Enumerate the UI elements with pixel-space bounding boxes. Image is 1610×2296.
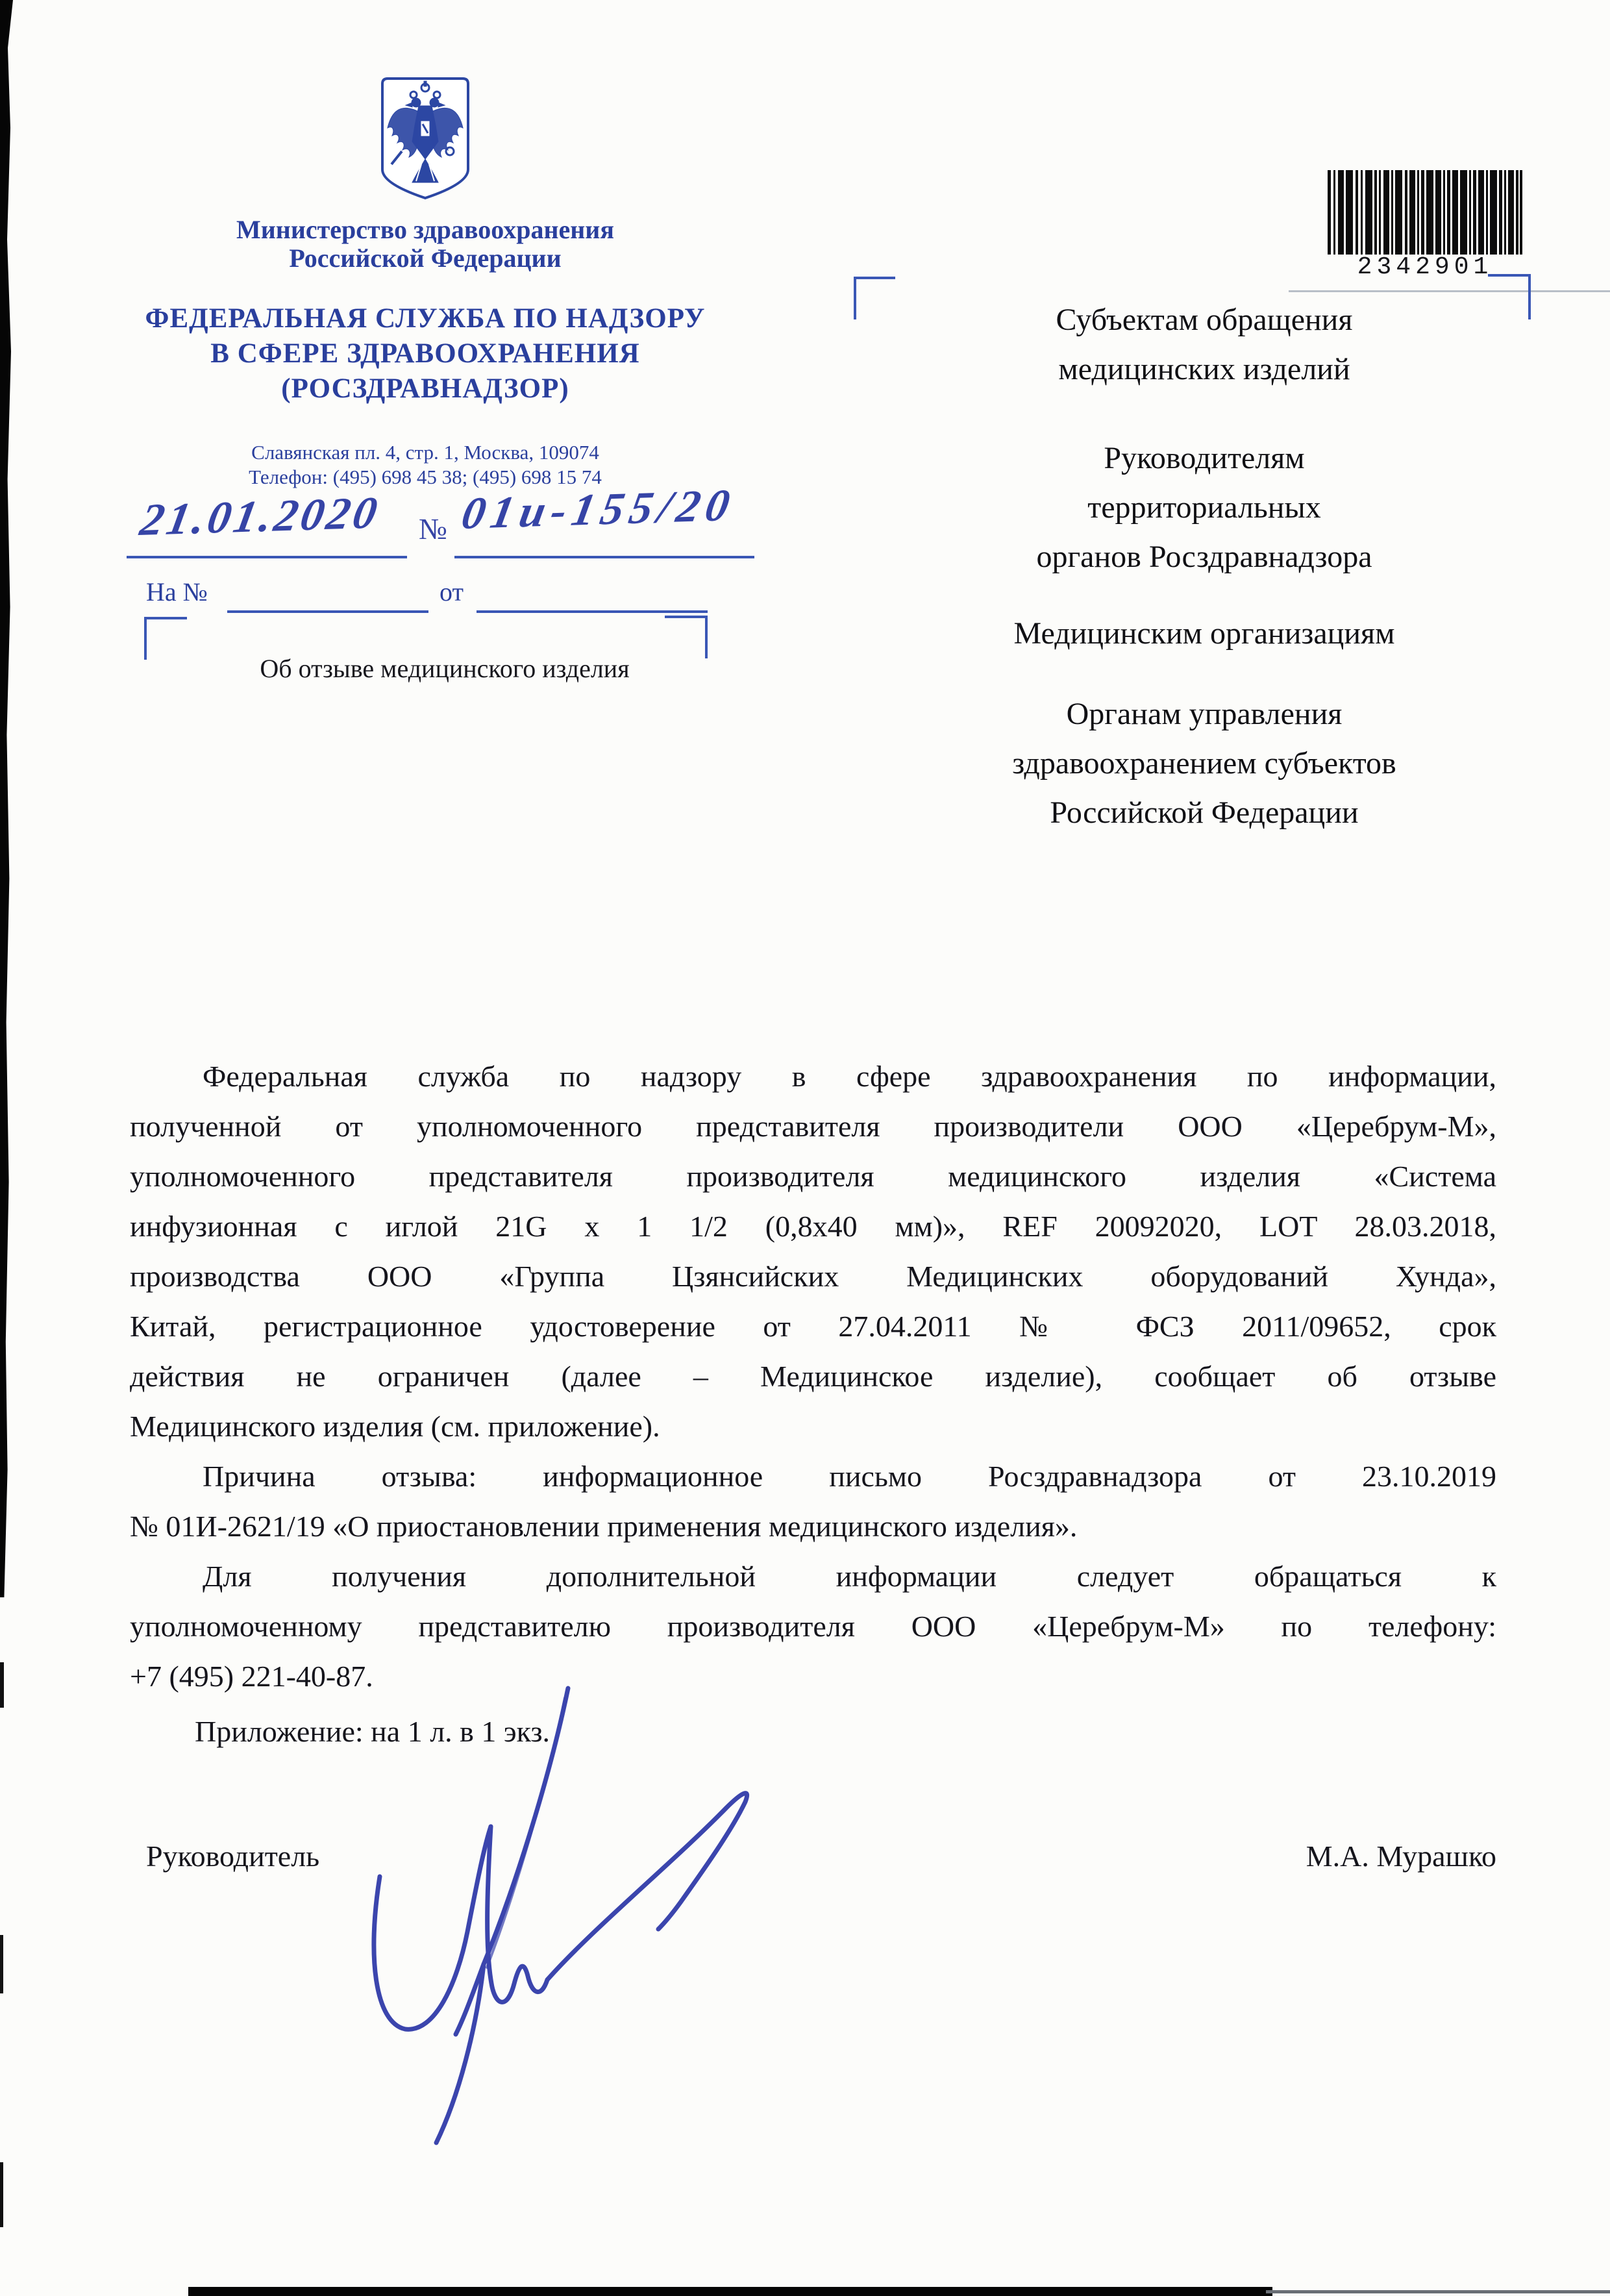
signer-name: М.А. Мурашко (1306, 1839, 1496, 1873)
reply-number-underline (227, 610, 428, 613)
coat-of-arms-emblem (373, 73, 477, 203)
body-line: инфузионная с иглой 21G х 1 1/2 (0,8х40 … (130, 1207, 1496, 1246)
reply-date-underline (477, 610, 708, 613)
addressee-line: медицинских изделий (880, 345, 1529, 394)
addressee-group-2: Руководителям территориальных органов Ро… (880, 434, 1529, 582)
body-line: Медицинского изделия (см. приложение). (130, 1407, 1496, 1446)
ministry-line2: Российской Федерации (104, 244, 747, 273)
handwritten-number: 01и-155/20 (458, 480, 739, 540)
scanned-letter-page: { "colors": { "letterhead_blue": "#2a3f9… (0, 0, 1610, 2296)
addressee-line: Медицинским организациям (880, 609, 1529, 658)
scan-edge-artifact-bottom-gray (1266, 2290, 1610, 2293)
body-line: Причина отзыва: информационное письмо Ро… (130, 1457, 1496, 1496)
addressee-line: органов Росздравнадзора (880, 532, 1529, 582)
addressee-line: Российской Федерации (880, 788, 1529, 838)
addressee-group-4: Органам управления здравоохранением субъ… (880, 690, 1529, 838)
body-line: Китай, регистрационное удостоверение от … (130, 1307, 1496, 1346)
handwritten-date: 21.01.2020 (136, 488, 384, 547)
letterhead-address: Славянская пл. 4, стр. 1, Москва, 109074 (104, 440, 747, 465)
scan-edge-artifact-left (0, 0, 13, 1597)
number-underline (454, 556, 754, 558)
agency-line2: В СФЕРЕ ЗДРАВООХРАНЕНИЯ (104, 336, 747, 371)
addressee-block: Субъектам обращения медицинских изделий … (880, 0, 1529, 909)
ministry-line1: Министерство здравоохранения (104, 216, 747, 244)
from-label: от (440, 577, 464, 607)
body-line: уполномоченного представителя производит… (130, 1157, 1496, 1196)
body-line: уполномоченному представителю производит… (130, 1607, 1496, 1646)
handwritten-signature (338, 1678, 766, 2152)
addressee-line: Субъектам обращения (880, 295, 1529, 345)
addressee-group-3: Медицинским организациям (880, 609, 1529, 658)
agency-line3: (РОСЗДРАВНАДЗОР) (104, 371, 747, 406)
scan-edge-artifact-bottom (188, 2287, 1272, 2296)
addressee-line: Руководителям (880, 434, 1529, 483)
date-underline (127, 556, 407, 558)
addressee-line: Органам управления (880, 690, 1529, 739)
scan-edge-mark (0, 1662, 4, 1708)
body-line: производства ООО «Группа Цзянсийских Мед… (130, 1257, 1496, 1296)
letterhead: Министерство здравоохранения Российской … (104, 216, 747, 490)
body-line: полученной от уполномоченного представит… (130, 1107, 1496, 1146)
addressee-group-1: Субъектам обращения медицинских изделий (880, 295, 1529, 394)
corner-bracket-icon (665, 616, 708, 658)
scan-edge-mark (0, 2162, 3, 2227)
body-line: № 01И-2621/19 «О приостановлении примене… (130, 1507, 1496, 1546)
subject-line: Об отзыве медицинского изделия (224, 653, 665, 684)
addressee-line: территориальных (880, 483, 1529, 532)
corner-bracket-icon (144, 617, 187, 660)
addressee-line: здравоохранением субъектов (880, 739, 1529, 788)
body-line: действия не ограничен (далее – Медицинск… (130, 1357, 1496, 1396)
body-line: Федеральная служба по надзору в сфере зд… (130, 1057, 1496, 1096)
body-line: +7 (495) 221-40-87. (130, 1657, 1496, 1696)
number-sign: № (419, 512, 447, 546)
agency-line1: ФЕДЕРАЛЬНАЯ СЛУЖБА ПО НАДЗОРУ (104, 301, 747, 336)
scan-edge-mark (0, 1935, 3, 1993)
body-line: Для получения дополнительной информации … (130, 1557, 1496, 1596)
signer-title: Руководитель (146, 1839, 319, 1873)
reply-to-label: На № (146, 577, 208, 607)
